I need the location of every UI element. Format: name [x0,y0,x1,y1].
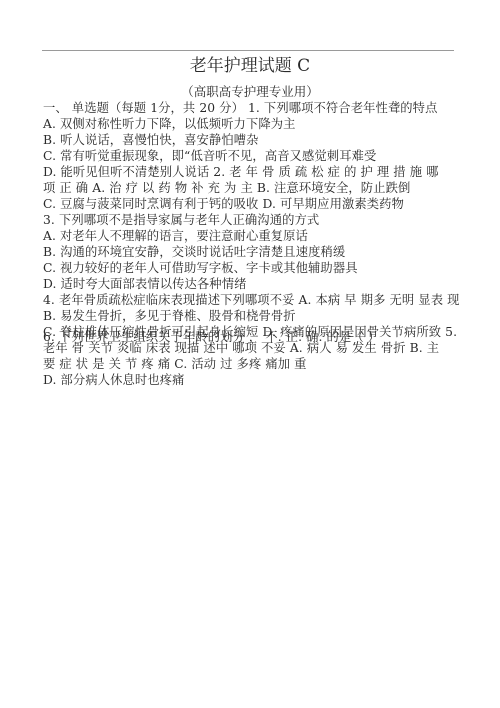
section-header-q1: 一、 单选题（每题 1分，共 20 分） 1. 下列哪项不符合老年性聋的特点 [43,100,437,116]
q5-option-c: 要 症 状 是 关 节 疼 痛 C. 活动 过 多疼 痛加 重 [43,356,307,372]
q1-option-a: A. 双侧对称性听力下降，以低频听力下降为主 [43,116,296,132]
q4-option-b: B. 易发生骨折，多见于脊椎、股骨和桡骨骨折 [43,308,296,324]
q6-question: 6. 下列世界卫生组织关于年龄的划分 ， 不. 正. 确. 的是（ ） [43,329,380,345]
q2-options-cd: C. 豆腐与菠菜同时烹调有利于钙的吸收 D. 可早期应用激素类药物 [43,196,404,212]
q2-options-ab: 项 正 确 A. 治 疗 以 药 物 补 充 为 主 B. 注意环境安全，防止跌… [43,180,410,196]
exam-title: 老年护理试题 C [0,56,500,76]
top-divider [42,50,454,51]
q1-option-d-q2: D. 能听见但听不清楚别人说话 2. 老 年 骨 质 疏 松 症 的 护 理 措… [43,164,439,180]
q1-option-b: B. 听人说话，喜慢怕快，喜安静怕嘈杂 [43,132,259,148]
q1-option-c: C. 常有听觉重振现象，即“低音听不见，高音又感觉刺耳难受 [43,148,376,164]
exam-subtitle: （高职高专护理专业用） [0,84,500,100]
q3-option-b: B. 沟通的环境宜安静，交谈时说话吐字清楚且速度稍缓 [43,244,345,260]
q3-option-a: A. 对老年人不理解的语言，要注意耐心重复原话 [43,228,308,244]
q5-option-d: D. 部分病人休息时也疼痛 [43,372,185,388]
q3-option-c: C. 视力较好的老年人可借助写字板、字卡或其他辅助器具 [43,260,358,276]
q3-option-d: D. 适时夸大面部表情以传达各种情绪 [43,276,247,292]
q3-question: 3. 下列哪项不是指导家属与老年人正确沟通的方式 [43,212,319,228]
q4-question: 4. 老年骨质疏松症临床表现描述下列哪项不妥 A. 本病 早 期多 无明 显表 … [43,292,460,308]
